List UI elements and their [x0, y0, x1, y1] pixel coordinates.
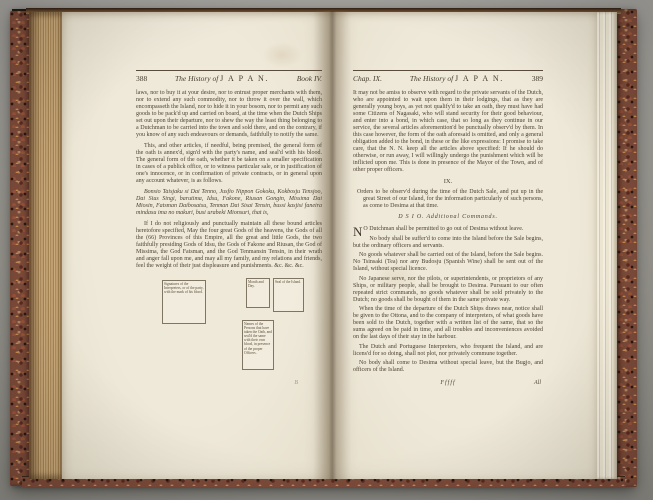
drop-cap: N: [353, 226, 362, 237]
right-page-number: 389: [532, 74, 543, 83]
book-photograph: 388 The History of J A P A N. Book IV. l…: [0, 0, 653, 500]
chapter-label: Chap. IX.: [353, 74, 382, 83]
paragraph-oath-intro: This, and other articles, if needful, be…: [136, 143, 322, 185]
foxing-stain: [262, 42, 302, 68]
right-catchword: All: [534, 380, 541, 386]
order-item: No body shall be suffer'd to come into t…: [353, 236, 543, 250]
diagram-box-month: Month and Day.: [246, 278, 270, 308]
paragraph-continuation: laws, nor to buy it at your desire, nor …: [136, 90, 322, 139]
paragraph-servants: It may not be amiss to observe with rega…: [353, 90, 543, 174]
left-text-block: 388 The History of J A P A N. Book IV. l…: [136, 70, 322, 378]
running-title-italic: The History of: [410, 74, 453, 83]
marbled-board-left: [10, 11, 30, 486]
left-catchword: B: [294, 380, 298, 386]
orders-caption: Orders to be observ'd during the time of…: [353, 189, 543, 210]
right-page: Chap. IX. The History of J A P A N. 389 …: [331, 12, 597, 479]
paragraph-oath-invocation: Bonsio Taisjaku si Dai Tenno, Jusfio Nip…: [136, 189, 322, 217]
order-item: The Dutch and Portuguese Interpreters, w…: [353, 344, 543, 358]
order-item: When the time of the departure of the Du…: [353, 306, 543, 341]
running-title-caps: J A P A N.: [220, 74, 269, 83]
page-leaf-edges-right: [597, 12, 617, 479]
oath-document-diagram: Signatures of the Interpreters, or of th…: [136, 278, 322, 378]
left-running-title: The History of J A P A N.: [175, 74, 269, 83]
dsio-heading: D S I O. Additional Commands.: [353, 214, 543, 221]
diagram-box-signatures: Signatures of the Interpreters, or of th…: [162, 280, 206, 324]
order-item: No Japanese serve, nor the pilots, or su…: [353, 276, 543, 304]
marbled-board-right: [617, 9, 637, 487]
running-title-italic: The History of: [175, 74, 218, 83]
section-number: IX.: [353, 178, 543, 185]
order-item: No body shall come to Desima without spe…: [353, 360, 543, 374]
left-page-number: 388: [136, 74, 147, 83]
order-text: O Dutchman shall be permitted to go out …: [363, 226, 523, 232]
right-running-head: Chap. IX. The History of J A P A N. 389: [353, 70, 543, 83]
open-book: 388 The History of J A P A N. Book IV. l…: [10, 8, 637, 487]
left-running-head: 388 The History of J A P A N. Book IV.: [136, 70, 322, 83]
running-title-caps: J A P A N.: [455, 74, 504, 83]
page-fore-edge-left: [29, 12, 62, 479]
paragraph-oath-translation: If I do not religiously and punctually m…: [136, 221, 322, 270]
signature-row: Fffff All: [353, 380, 543, 388]
order-item: NO Dutchman shall be permitted to go out…: [353, 226, 543, 233]
signature-mark: Fffff: [353, 380, 543, 386]
right-text-block: Chap. IX. The History of J A P A N. 389 …: [353, 70, 543, 388]
book-label: Book IV.: [297, 74, 322, 83]
left-page: 388 The History of J A P A N. Book IV. l…: [62, 12, 331, 479]
diagram-box-names: Names of the Persons that have taken the…: [242, 320, 274, 370]
right-running-title: The History of J A P A N.: [410, 74, 504, 83]
order-item: No goods whatever shall be carried out o…: [353, 252, 543, 273]
diagram-box-seal: Seal of the Island.: [273, 278, 304, 312]
